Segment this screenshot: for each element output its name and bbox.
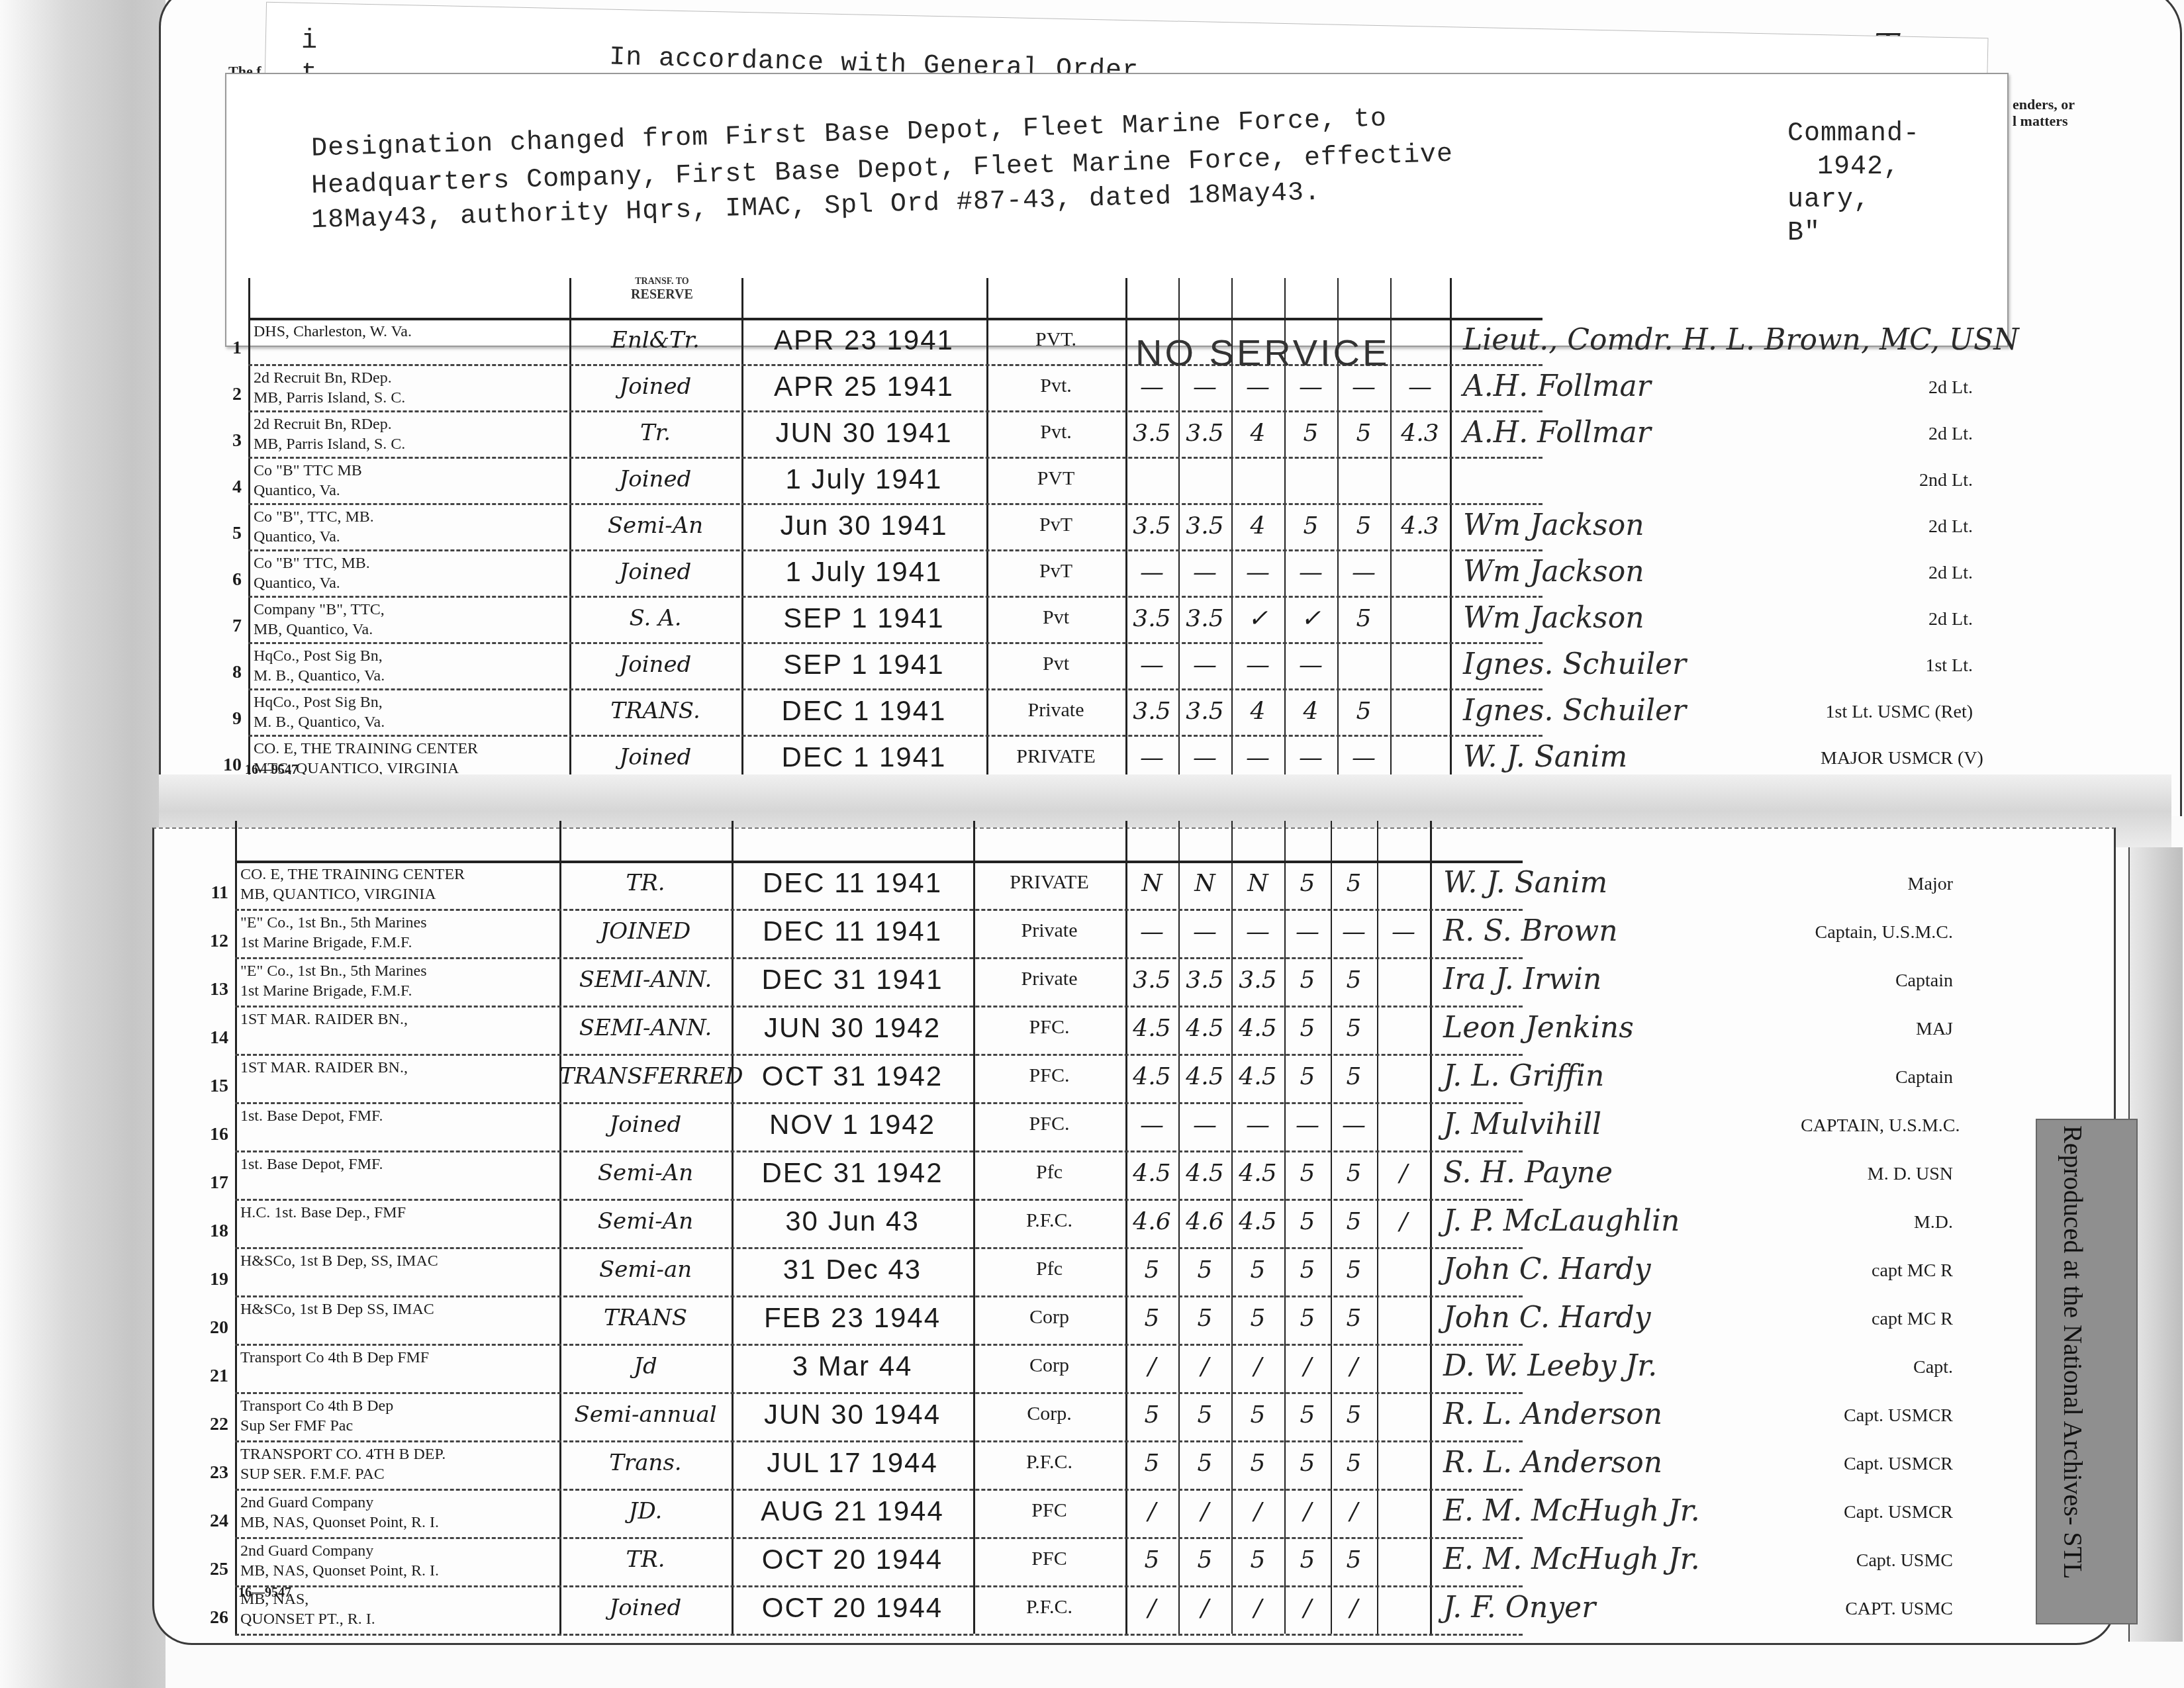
entry-date: SEP 1 1941 [741,602,986,634]
row-number: 21 [203,1366,228,1387]
station-line-1: 1ST MAR. RAIDER BN., [240,1058,408,1078]
conduct-efficiency-mark: — [1337,559,1390,586]
conduct-efficiency-mark: — [1125,1111,1178,1139]
entry-date: DEC 1 1941 [741,741,986,773]
row-number: 18 [203,1221,228,1242]
conduct-efficiency-mark: — [1377,918,1430,945]
form-header-fragment: l matters [2013,113,2068,130]
conduct-efficiency-mark: 4.5 [1125,1015,1178,1042]
officer-signature: Wm Jackson [1463,601,1644,635]
row-number: 14 [203,1027,228,1049]
conduct-efficiency-mark: 4.5 [1231,1208,1284,1235]
conduct-efficiency-mark: 5 [1331,1160,1377,1187]
entry-reason: JD. [559,1498,732,1524]
row-rule [248,410,1543,412]
officer-signature: Ignes. Schuiler [1463,647,1686,681]
conduct-efficiency-mark: 4 [1231,698,1284,725]
row-rule [235,1344,1523,1346]
conduct-efficiency-mark: N [1231,870,1284,897]
conduct-efficiency-mark: 4.5 [1231,1160,1284,1187]
entry-rank: Private [986,699,1125,722]
header-line: RESERVE [583,287,741,303]
conduct-efficiency-mark: — [1178,1111,1231,1139]
entry-reason: Joined [559,1595,732,1621]
conduct-efficiency-mark: 5 [1337,420,1390,447]
entry-reason: Enl&Tr. [569,327,741,353]
station-line-1: Company "B", TTC, [254,600,385,620]
officer-title: Captain [1801,970,1953,992]
entry-rank: Pfc [973,1161,1125,1184]
row-number: 8 [216,662,242,683]
entry-date: 1 July 1941 [741,556,986,588]
conduct-efficiency-mark: 3.5 [1231,966,1284,994]
row-number: 5 [216,523,242,544]
conduct-efficiency-mark: 3.5 [1125,698,1178,725]
conduct-efficiency-mark: — [1284,651,1337,679]
conduct-efficiency-mark: 5 [1125,1305,1178,1332]
entry-reason: Joined [569,373,741,400]
station-line-2: Quantico, Va. [254,573,340,593]
conduct-efficiency-mark: ✓ [1231,605,1284,632]
archives-watermark-text: Reproduced at the National Archives- STL [2058,1125,2089,1579]
scan-shadow-left [0,0,166,1688]
conduct-efficiency-mark: — [1231,651,1284,679]
station-line-2: MB, Parris Island, S. C. [254,388,405,408]
conduct-efficiency-mark: 5 [1231,1401,1284,1429]
conduct-efficiency-mark: 5 [1178,1305,1231,1332]
conduct-efficiency-mark: — [1331,918,1377,945]
conduct-efficiency-mark: 4.3 [1390,512,1450,539]
station-line-1: TRANSPORT CO. 4TH B DEP. [240,1444,446,1464]
conduct-efficiency-mark: / [1125,1595,1178,1622]
officer-signature: A.H. Follmar [1463,416,1651,449]
conduct-efficiency-mark: — [1231,1111,1284,1139]
station-line-1: H&SCo, 1st B Dep, SS, IMAC [240,1251,438,1271]
conduct-efficiency-mark: 5 [1284,1160,1331,1187]
entry-date: DEC 31 1942 [732,1157,973,1189]
conduct-efficiency-mark: 5 [1337,512,1390,539]
row-number: 7 [216,616,242,637]
header-line: TRANSF. TO [583,277,741,287]
conduct-efficiency-mark: 5 [1284,966,1331,994]
station-line-1: 1ST MAR. RAIDER BN., [240,1009,408,1029]
entry-date: NOV 1 1942 [732,1109,973,1141]
entry-reason: SEMI-ANN. [559,966,732,993]
entry-rank: PFC. [973,1113,1125,1135]
entry-date: 3 Mar 44 [732,1350,973,1382]
conduct-efficiency-mark: 5 [1284,1015,1331,1042]
entry-rank: PVT [986,467,1125,490]
conduct-efficiency-mark: ✓ [1284,605,1337,632]
conduct-efficiency-mark: 3.5 [1125,512,1178,539]
station-line-2: Sup Ser FMF Pac [240,1416,353,1436]
officer-title: MAJ [1801,1019,1953,1040]
entry-reason: Joined [569,744,741,771]
row-number: 6 [216,569,242,590]
conduct-efficiency-mark: 4.5 [1178,1160,1231,1187]
station-line-1: "E" Co., 1st Bn., 5th Marines [240,913,427,933]
entry-reason: Semi-An [569,512,741,539]
row-number: 10 [216,755,242,776]
slip-fragment: Command- [1787,119,1920,149]
conduct-efficiency-mark: 5 [1125,1450,1178,1477]
row-number: 23 [203,1462,228,1483]
entry-date: APR 25 1941 [741,371,986,402]
station-line-2: MB, QUANTICO, VIRGINIA [240,884,436,904]
conduct-efficiency-mark: 4 [1231,420,1284,447]
row-rule [235,1489,1523,1491]
entry-reason: SEMI-ANN. [559,1015,732,1041]
form-number: 16—9547 [238,1585,291,1601]
entry-rank: Pvt. [986,421,1125,444]
officer-title: Major [1801,874,1953,895]
row-number: 1 [216,338,242,359]
slip-fragment: 1942, [1817,152,1900,182]
entry-rank: Pvt. [986,375,1125,397]
station-line-1: 2d Recruit Bn, RDep. [254,368,392,388]
officer-signature: W. J. Sanim [1443,866,1607,900]
conduct-efficiency-mark: 5 [1337,605,1390,632]
conduct-efficiency-mark: 5 [1331,1256,1377,1284]
station-line-2: MB, Quantico, Va. [254,620,373,639]
conduct-efficiency-mark: 3.5 [1125,420,1178,447]
entry-reason: Semi-An [559,1160,732,1186]
entry-date: 31 Dec 43 [732,1254,973,1286]
conduct-efficiency-mark: — [1231,373,1284,400]
row-rule [248,642,1543,644]
conduct-efficiency-mark: — [1231,744,1284,771]
station-line-1: H.C. 1st. Base Dep., FMF [240,1203,406,1223]
entry-date: 30 Jun 43 [732,1205,973,1237]
entry-rank: PFC. [973,1016,1125,1039]
slip-fragment: uary, [1787,185,1870,215]
conduct-efficiency-mark: 3.5 [1178,605,1231,632]
station-line-1: 1st. Base Depot, FMF. [240,1154,383,1174]
officer-signature: John C. Hardy [1443,1252,1651,1286]
conduct-efficiency-mark: 5 [1178,1256,1231,1284]
conduct-efficiency-mark: — [1231,559,1284,586]
officer-signature: W. J. Sanim [1463,740,1627,774]
entry-reason: Semi-an [559,1256,732,1283]
station-line-1: Co "B" TTC, MB. [254,553,370,573]
station-line-1: 2nd Guard Company [240,1541,373,1561]
row-number: 17 [203,1172,228,1194]
row-rule [235,1392,1523,1394]
station-line-1: "E" Co., 1st Bn., 5th Marines [240,961,427,981]
entry-date: Jun 30 1941 [741,510,986,541]
row-rule [235,1199,1523,1201]
officer-title: Capt. USMCR [1801,1405,1953,1427]
entry-date: APR 23 1941 [741,324,986,356]
conduct-efficiency-mark: 4 [1231,512,1284,539]
conduct-efficiency-mark: 5 [1125,1546,1178,1573]
entry-reason: S. A. [569,605,741,632]
conduct-efficiency-mark: 4.5 [1125,1160,1178,1187]
conduct-efficiency-mark: — [1125,744,1178,771]
conduct-efficiency-mark: / [1231,1498,1284,1525]
station-line-1: Co "B", TTC, MB. [254,507,374,527]
row-rule [248,457,1543,459]
officer-title: Capt. USMCR [1801,1502,1953,1523]
entry-rank: P.F.C. [973,1209,1125,1232]
officer-title: 1st Lt. USMC (Ret) [1821,702,1973,723]
row-number: 13 [203,979,228,1000]
conduct-efficiency-mark: / [1284,1353,1331,1380]
station-line-1: 2d Recruit Bn, RDep. [254,414,392,434]
row-number: 24 [203,1511,228,1532]
conduct-efficiency-mark: 5 [1231,1256,1284,1284]
conduct-efficiency-mark: 3.5 [1178,420,1231,447]
conduct-efficiency-mark: 5 [1331,1305,1377,1332]
row-number: 9 [216,708,242,729]
officer-signature: R. S. Brown [1443,914,1618,948]
officer-title: 2d Lt. [1821,563,1973,584]
station-line-1: 2nd Guard Company [240,1493,373,1513]
form-header-fragment: enders, or [2013,96,2075,113]
conduct-efficiency-mark: 4.5 [1231,1063,1284,1090]
row-number: 3 [216,430,242,451]
row-number: 20 [203,1317,228,1338]
entry-date: AUG 21 1944 [732,1495,973,1527]
entry-rank: Pvt [986,606,1125,629]
conduct-efficiency-mark: / [1331,1353,1377,1380]
conduct-efficiency-mark: / [1284,1498,1331,1525]
officer-title: 2d Lt. [1821,516,1973,538]
entry-reason: TR. [559,870,732,896]
entry-rank: Corp [973,1354,1125,1377]
conduct-efficiency-mark: 4.6 [1178,1208,1231,1235]
conduct-efficiency-mark: 5 [1284,1208,1331,1235]
station-line-2: M. B., Quantico, Va. [254,712,385,732]
conduct-efficiency-mark: — [1284,373,1337,400]
entry-date: DEC 11 1941 [732,915,973,947]
row-number: 16 [203,1124,228,1145]
conduct-efficiency-mark: 5 [1284,1401,1331,1429]
entry-date: 1 July 1941 [741,463,986,495]
entry-reason: Joined [569,651,741,678]
conduct-efficiency-mark: 3.5 [1125,605,1178,632]
conduct-efficiency-mark: 5 [1284,1450,1331,1477]
entry-reason: TRANS [559,1305,732,1331]
entry-rank: Private [973,968,1125,990]
entry-rank: PvT [986,560,1125,583]
row-number: 25 [203,1559,228,1580]
row-number: 11 [203,882,228,904]
row-rule [235,909,1523,911]
row-number: 15 [203,1076,228,1097]
conduct-efficiency-mark: — [1125,373,1178,400]
entry-rank: PFC [973,1499,1125,1522]
officer-signature: Ira J. Irwin [1443,962,1601,996]
entry-date: JUN 30 1944 [732,1399,973,1430]
officer-signature: J. Mulvihill [1443,1107,1601,1141]
entry-rank: PRIVATE [973,871,1125,894]
entry-reason: Tr. [569,420,741,446]
station-line-1: DHS, Charleston, W. Va. [254,322,412,342]
conduct-efficiency-mark: 5 [1331,1208,1377,1235]
entry-date: JUN 30 1942 [732,1012,973,1044]
conduct-efficiency-mark: 4.6 [1125,1208,1178,1235]
officer-signature: Wm Jackson [1463,555,1644,588]
conduct-efficiency-mark: — [1125,651,1178,679]
row-rule [235,1585,1523,1587]
entry-rank: Pfc [973,1258,1125,1280]
conduct-efficiency-mark: 5 [1284,1256,1331,1284]
conduct-efficiency-mark: / [1377,1208,1430,1235]
station-line-1: 1st. Base Depot, FMF. [240,1106,383,1126]
header-rule [235,861,1523,863]
conduct-efficiency-mark: 5 [1331,966,1377,994]
conduct-efficiency-mark: / [1377,1160,1430,1187]
officer-signature: S. H. Payne [1443,1156,1613,1190]
conduct-efficiency-mark: / [1331,1595,1377,1622]
station-line-2: QUONSET PT., R. I. [240,1609,375,1629]
conduct-efficiency-mark: 5 [1284,512,1337,539]
entry-rank: PvT [986,514,1125,536]
conduct-efficiency-mark: / [1284,1595,1331,1622]
entry-reason: TRANSFERRED [559,1063,732,1090]
row-number: 26 [203,1607,228,1628]
entry-reason: Semi-An [559,1208,732,1235]
officer-title: M.D. [1801,1212,1953,1233]
officer-signature: R. L. Anderson [1443,1397,1662,1431]
officer-title: M. D. USN [1801,1164,1953,1185]
entry-reason: TRANS. [569,698,741,724]
officer-title: 2d Lt. [1821,424,1973,445]
conduct-efficiency-mark: — [1284,744,1337,771]
officer-signature: E. M. McHugh Jr. [1443,1542,1700,1576]
entry-date: SEP 1 1941 [741,649,986,680]
margin-letter: i [301,26,318,56]
column-divider [248,278,250,781]
conduct-efficiency-mark: — [1178,744,1231,771]
conduct-efficiency-mark: 5 [1231,1450,1284,1477]
station-line-2: Quantico, Va. [254,527,340,547]
entry-rank: Corp [973,1306,1125,1329]
officer-signature: Leon Jenkins [1443,1011,1634,1045]
conduct-efficiency-mark: 5 [1125,1256,1178,1284]
conduct-efficiency-mark: 4.5 [1178,1015,1231,1042]
no-service-stamp: NO SERVICE [1135,331,1390,374]
conduct-efficiency-mark: / [1125,1353,1178,1380]
conduct-efficiency-mark: — [1125,559,1178,586]
officer-title: MAJOR USMCR (V) [1821,748,1973,769]
station-line-1: HqCo., Post Sig Bn, [254,692,383,712]
entry-reason: Trans. [559,1450,732,1476]
officer-signature: Wm Jackson [1463,508,1644,542]
entry-date: DEC 1 1941 [741,695,986,727]
conduct-efficiency-mark: / [1125,1498,1178,1525]
officer-title: 2nd Lt. [1821,470,1973,491]
entry-rank: PFC. [973,1064,1125,1087]
entry-reason: Joined [569,559,741,585]
conduct-efficiency-mark: 5 [1178,1450,1231,1477]
conduct-efficiency-mark: 5 [1331,1401,1377,1429]
entry-date: DEC 31 1941 [732,964,973,996]
entry-date: DEC 11 1941 [732,867,973,899]
column-divider [1450,278,1452,781]
station-line-1: Co "B" TTC MB [254,461,362,481]
slip-fragment: B" [1787,218,1821,248]
officer-title: Captain [1801,1067,1953,1088]
conduct-efficiency-mark: — [1337,373,1390,400]
entry-date: JUL 17 1944 [732,1447,973,1479]
header-rule [248,318,1543,320]
conduct-efficiency-mark: — [1178,651,1231,679]
officer-title: Captain, U.S.M.C. [1801,922,1953,943]
entry-rank: PVT. [986,328,1125,351]
station-line-2: 1st Marine Brigade, F.M.F. [240,933,412,953]
conduct-efficiency-mark: 5 [1125,1401,1178,1429]
station-line-1: CO. E, THE TRAINING CENTER [254,739,478,759]
station-line-2: MB, Parris Island, S. C. [254,434,405,454]
conduct-efficiency-mark: 5 [1178,1546,1231,1573]
conduct-efficiency-mark: / [1231,1595,1284,1622]
entry-date: JUN 30 1941 [741,417,986,449]
row-rule [235,1054,1523,1056]
entry-date: OCT 20 1944 [732,1592,973,1624]
row-rule [248,688,1543,690]
officer-signature: John C. Hardy [1443,1301,1651,1335]
conduct-efficiency-mark: 4.5 [1178,1063,1231,1090]
station-line-2: MB, NAS, Quonset Point, R. I. [240,1561,439,1581]
station-line-2: 1st Marine Brigade, F.M.F. [240,981,412,1001]
officer-title: Capt. USMC [1801,1550,1953,1571]
entry-rank: PRIVATE [986,745,1125,768]
conduct-efficiency-mark: / [1331,1498,1377,1525]
officer-title: 2d Lt. [1821,377,1973,399]
conduct-efficiency-mark: N [1178,870,1231,897]
row-rule [235,1150,1523,1152]
conduct-efficiency-mark: N [1125,870,1178,897]
row-number: 12 [203,931,228,952]
row-rule [235,1537,1523,1539]
row-rule [235,1102,1523,1104]
officer-signature: A.H. Follmar [1463,369,1651,403]
officer-signature: J. L. Griffin [1443,1059,1604,1093]
row-number: 4 [216,477,242,498]
officer-signature: R. L. Anderson [1443,1446,1662,1479]
row-number: 2 [216,384,242,405]
entry-reason: Joined [559,1111,732,1138]
conduct-efficiency-mark: 5 [1331,1063,1377,1090]
station-line-2: MB, NAS, Quonset Point, R. I. [240,1513,439,1532]
conduct-efficiency-mark: 4.5 [1231,1015,1284,1042]
row-rule [248,596,1543,598]
column-header-reason: TRANSF. TO RESERVE [583,277,741,303]
officer-signature: Lieut., Comdr. H. L. Brown, MC, USN [1463,323,2019,357]
conduct-efficiency-mark: — [1284,918,1331,945]
entry-reason: JOINED [559,918,732,945]
conduct-efficiency-mark: — [1331,1111,1377,1139]
officer-title: Capt. [1801,1357,1953,1378]
officer-title: 1st Lt. [1821,655,1973,677]
row-rule [248,735,1543,737]
conduct-efficiency-mark: 5 [1284,1305,1331,1332]
row-rule [235,1006,1523,1008]
conduct-efficiency-mark: — [1231,918,1284,945]
conduct-efficiency-mark: — [1178,918,1231,945]
row-rule [248,503,1543,505]
conduct-efficiency-mark: 5 [1331,870,1377,897]
entry-date: FEB 23 1944 [732,1302,973,1334]
entry-reason: Jd [559,1353,732,1380]
entry-reason: Semi-annual [559,1401,732,1428]
entry-date: OCT 31 1942 [732,1060,973,1092]
row-rule [235,1440,1523,1442]
conduct-efficiency-mark: 4.3 [1390,420,1450,447]
row-rule [235,1634,1523,1636]
